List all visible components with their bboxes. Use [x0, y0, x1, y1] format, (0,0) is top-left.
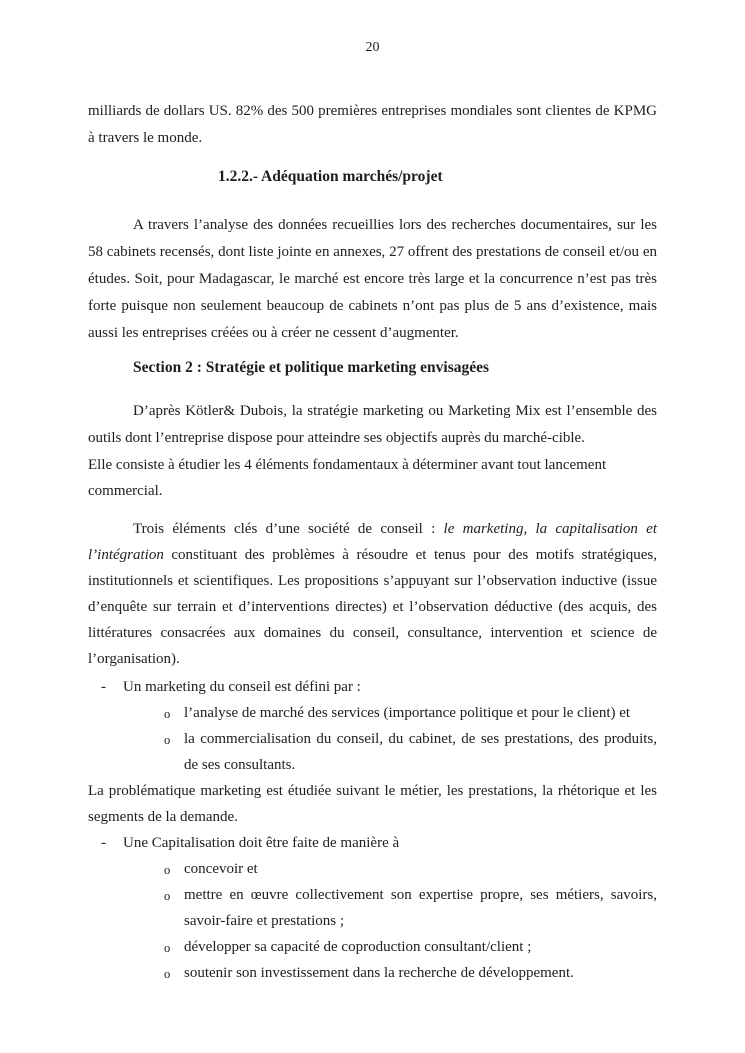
dash-marker: -	[101, 674, 106, 700]
list-item-concevoir: o concevoir et	[88, 856, 657, 882]
list-item-marketing-label: Un marketing du conseil est défini par :	[123, 679, 361, 695]
list-item-mettre-en-oeuvre-text: mettre en œuvre collectivement son exper…	[184, 887, 657, 929]
list-item-developper: o développer sa capacité de coproduction…	[88, 934, 657, 960]
circle-marker: o	[164, 883, 170, 909]
circle-marker: o	[164, 701, 170, 727]
para-elle: Elle consiste à étudier les 4 éléments f…	[88, 452, 657, 504]
dash-marker: -	[101, 830, 106, 856]
document-page: 20 milliards de dollars US. 82% des 500 …	[0, 0, 745, 1053]
para-trois: Trois éléments clés d’une société de con…	[88, 516, 657, 672]
page-number: 20	[88, 40, 657, 56]
para-kpmg: milliards de dollars US. 82% des 500 pre…	[88, 98, 657, 152]
para-problematique: La problématique marketing est étudiée s…	[88, 778, 657, 830]
list-item-mettre-en-oeuvre: o mettre en œuvre collectivement son exp…	[88, 882, 657, 934]
list-item-soutenir: o soutenir son investissement dans la re…	[88, 960, 657, 986]
list-item-analyse-text: l’analyse de marché des services (import…	[184, 705, 630, 721]
para-kotler: D’après Kötler& Dubois, la stratégie mar…	[88, 398, 657, 452]
list-item-developper-text: développer sa capacité de coproduction c…	[184, 939, 531, 955]
para-trois-tail: constituant des problèmes à résoudre et …	[88, 547, 657, 667]
list-item-analyse: o l’analyse de marché des services (impo…	[88, 700, 657, 726]
list-item-concevoir-text: concevoir et	[184, 861, 258, 877]
list-item-commercialisation-text: la commercialisation du conseil, du cabi…	[184, 731, 657, 773]
circle-marker: o	[164, 961, 170, 987]
para-trois-lead: Trois éléments clés d’une société de con…	[133, 521, 444, 537]
circle-marker: o	[164, 935, 170, 961]
circle-marker: o	[164, 727, 170, 753]
list-item-commercialisation: o la commercialisation du conseil, du ca…	[88, 726, 657, 778]
heading-section-2: Section 2 : Stratégie et politique marke…	[88, 355, 657, 381]
circle-marker: o	[164, 857, 170, 883]
heading-1-2-2: 1.2.2.- Adéquation marchés/projet	[88, 164, 657, 190]
list-item-capitalisation: - Une Capitalisation doit être faite de …	[88, 830, 657, 856]
list-item-soutenir-text: soutenir son investissement dans la rech…	[184, 965, 574, 981]
list-item-marketing: - Un marketing du conseil est défini par…	[88, 674, 657, 700]
para-adequation: A travers l’analyse des données recueill…	[88, 212, 657, 347]
list-item-capitalisation-label: Une Capitalisation doit être faite de ma…	[123, 835, 399, 851]
